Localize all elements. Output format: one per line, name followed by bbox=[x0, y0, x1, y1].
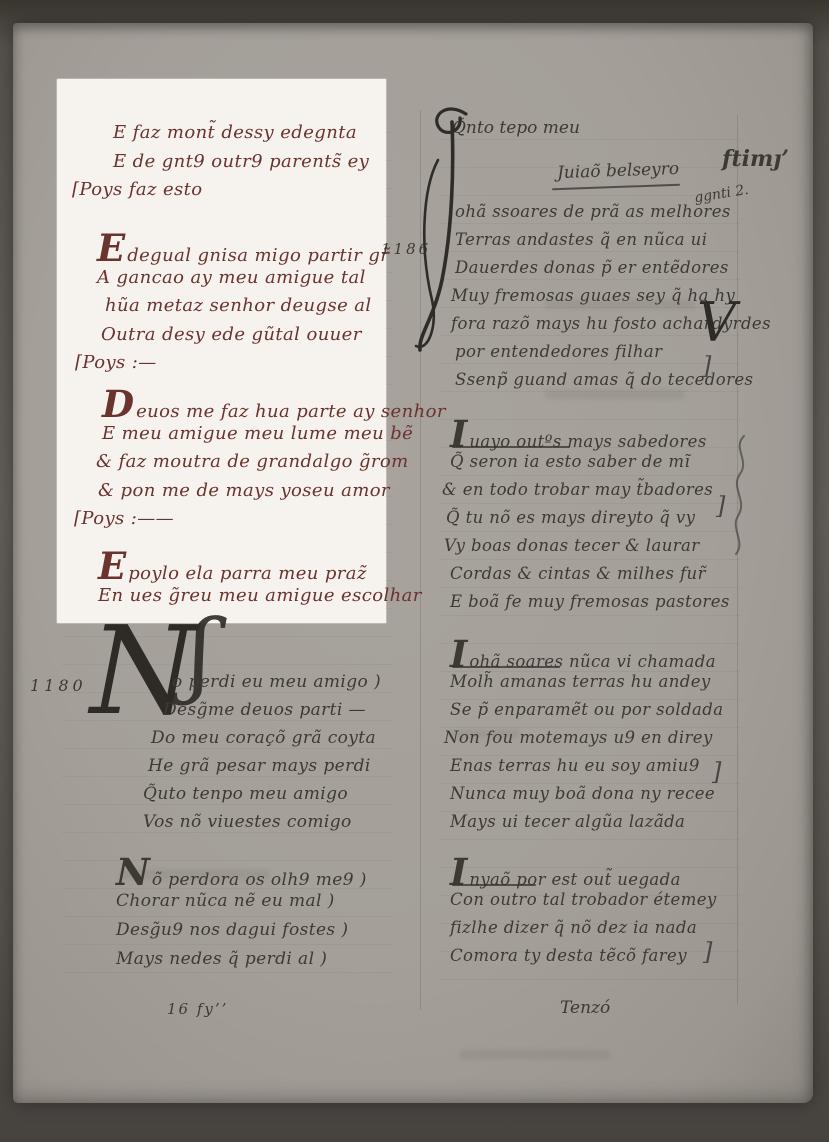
verse-line: Outra desy ede gũtal ouuer bbox=[101, 324, 389, 353]
stanza: Iuayo outºs mays sabedores Q̃ seron ia e… bbox=[450, 424, 730, 620]
verse-line: Vos nõ viuestes comigo bbox=[143, 812, 381, 840]
verse-line: Desg̃u9 nos dagui fostes ) bbox=[116, 920, 367, 949]
underline-mark bbox=[452, 884, 536, 886]
stanza: o perdi eu meu amigo ) Desg̃me deuos par… bbox=[143, 672, 381, 840]
verse-line: Terras andastes q̃ en nũca ui bbox=[455, 230, 771, 258]
verse-line: Ssenp̃ guand amas q̃ do tecedores bbox=[455, 370, 771, 398]
verse-line: Nõ perdora os olh9 me9 ) bbox=[116, 862, 367, 891]
verse-line: o perdi eu meu amigo ) bbox=[172, 672, 381, 700]
stanza: Iohã soares nũca vi chamada Molh̃ amanas… bbox=[450, 644, 723, 840]
verse-line: Mays ui tecer algũa lazãda bbox=[450, 812, 723, 840]
margin-letter-v: V bbox=[697, 296, 736, 350]
stanza: Inyaõ por est out̃ uegada Con outro tal … bbox=[450, 862, 717, 974]
line-end-bracket: ] bbox=[716, 492, 725, 520]
verse-line: Con outro tal trobador étemey bbox=[450, 890, 717, 918]
stanza: Edegual gnisa migo partir gr̃ A gancao a… bbox=[97, 238, 389, 381]
refrain-cue: ⌈Poys faz esto bbox=[72, 179, 369, 208]
verse-line: Do meu coraçõ grã coyta bbox=[151, 728, 381, 756]
verse-line: He grã pesar mays perdi bbox=[148, 756, 381, 784]
verse-line: Molh̃ amanas terras hu andey bbox=[450, 672, 723, 700]
verse-line: Edegual gnisa migo partir gr̃ bbox=[97, 238, 389, 267]
verse-line: Cordas & cintas & milhes fur̃ bbox=[450, 564, 730, 592]
verse-line: Desg̃me deuos parti — bbox=[163, 700, 381, 728]
verse-line: ohã ssoares de prã as melhores bbox=[455, 202, 771, 230]
verse-line: Q̃uto tenpo meu amigo bbox=[143, 784, 381, 812]
stanza: Deuos me faz hua parte ay senhor E meu a… bbox=[102, 394, 446, 537]
genre-label: Tenzó bbox=[560, 998, 610, 1018]
verse-line: Non fou motemays u9 en direy bbox=[444, 728, 723, 756]
verse-line: hũa metaz senhor deugse al bbox=[105, 295, 389, 324]
verse-line: Mays nedes q̃ perdi al ) bbox=[116, 949, 367, 978]
verse-line: Epoylo ela parra meu praz̃ bbox=[98, 556, 422, 585]
verse-line: & en todo trobar may t̃badores bbox=[442, 480, 730, 508]
stanza: Nõ perdora os olh9 me9 ) Chorar nũca nẽ … bbox=[116, 862, 367, 978]
verse-line: Comora ty desta tẽcõ farey bbox=[450, 946, 717, 974]
verse-line: & pon me de mays yoseu amor bbox=[98, 480, 446, 509]
verse-line: A gancao ay meu amigue tal bbox=[97, 267, 389, 296]
stanza: E faz mont̃ dessy edegnta E de gnt9 outr… bbox=[113, 122, 369, 208]
margin-note: ftimȷ’ bbox=[722, 146, 789, 172]
manuscript-photo: { "page": { "kind": "medieval songbook m… bbox=[0, 0, 829, 1142]
attribution: Juiaõ belseyro bbox=[557, 159, 680, 183]
verse-line: & faz moutra de grandalgo g̃rom bbox=[96, 451, 446, 480]
line-end-bracket: ] bbox=[712, 758, 721, 786]
verse-line: Q̃ tu nõ es mays direyto q̃ vy bbox=[446, 508, 730, 536]
refrain-cue: ⌈Poys :—— bbox=[74, 508, 446, 537]
line-end-bracket: ] bbox=[702, 352, 711, 380]
verse-line: Chorar nũca nẽ eu mal ) bbox=[116, 891, 367, 920]
verse-line: E de gnt9 outr9 parents̃ ey bbox=[113, 151, 369, 180]
margin-doodle bbox=[726, 430, 756, 560]
underline-mark bbox=[452, 666, 560, 668]
verse-line: Enas terras hu eu soy amiu9 bbox=[450, 756, 723, 784]
verse-line: Vy boas donas tecer & laurar bbox=[444, 536, 730, 564]
verse-line: E faz mont̃ dessy edegnta bbox=[113, 122, 369, 151]
verse-line: fizlhe dizer q̃ nõ dez ia nada bbox=[450, 918, 717, 946]
verse-line: Nunca muy boã dona ny recee bbox=[450, 784, 723, 812]
cantiga-number-left: 1180 bbox=[30, 676, 87, 695]
verse-line: E boã fe muy fremosas pastores bbox=[450, 592, 730, 620]
verse-line: Q̃ seron ia esto saber de mĩ bbox=[450, 452, 730, 480]
verse-line: Se p̃ enparamẽt ou por soldada bbox=[450, 700, 723, 728]
verse-line: Dauerdes donas p̃ er entẽdores bbox=[455, 258, 771, 286]
verse-line: E meu amigue meu lume meu bẽ bbox=[102, 423, 446, 452]
underline-mark bbox=[452, 446, 570, 448]
verse-line: Deuos me faz hua parte ay senhor bbox=[102, 394, 446, 423]
quire-mark: 16 fy’’ bbox=[167, 1000, 228, 1018]
refrain-cue: ⌈Poys :— bbox=[75, 352, 389, 381]
line-end-bracket: ] bbox=[703, 938, 712, 966]
